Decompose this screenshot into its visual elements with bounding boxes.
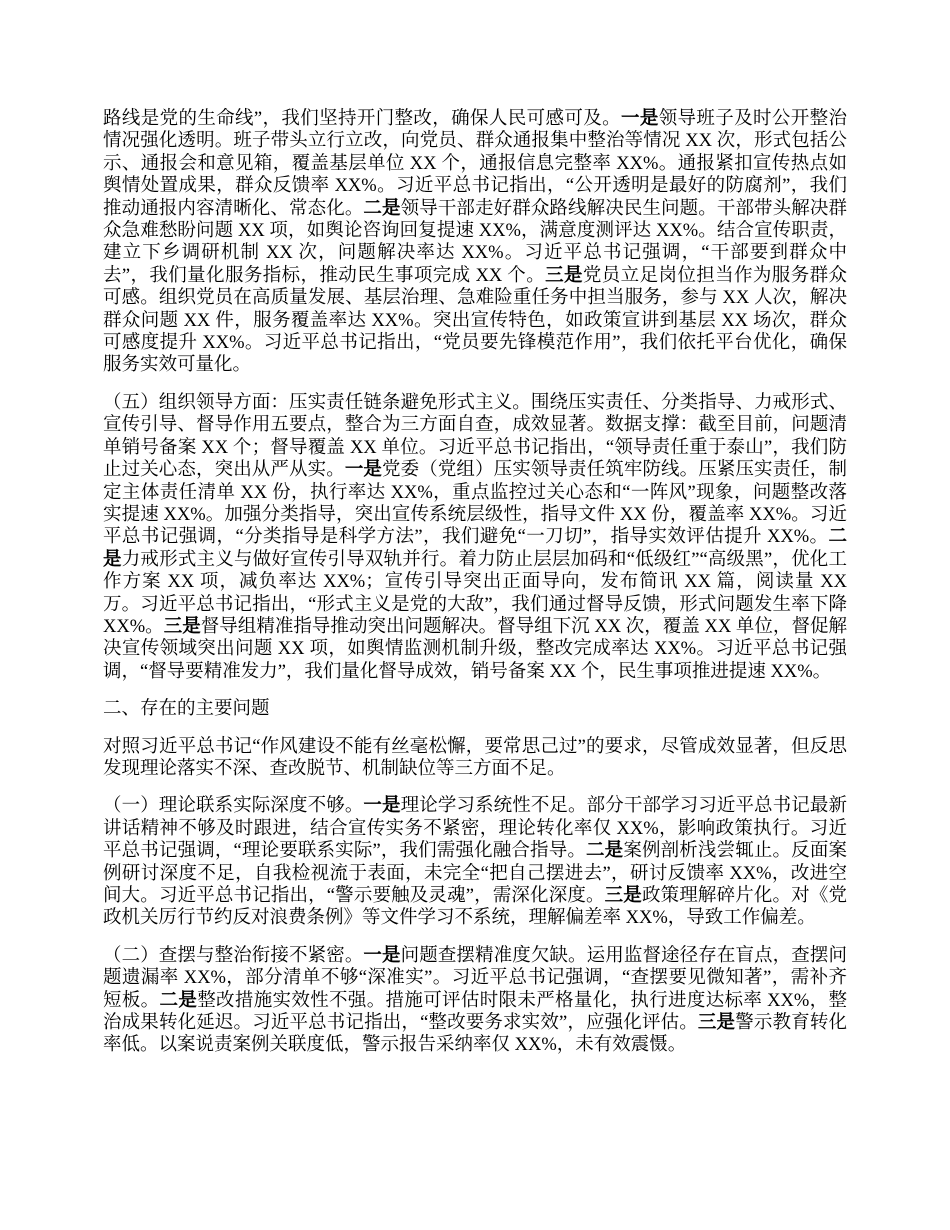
text-run: （二）查摆与整治衔接不紧密。 <box>103 946 363 966</box>
bold-run: 三是 <box>545 266 583 286</box>
text-run: （一）理论联系实际深度不够。 <box>103 796 363 816</box>
text-run: 二、存在的主要问题 <box>103 699 270 719</box>
bold-run: 一是 <box>345 460 382 480</box>
text-run: 督导组精准指导推动突出问题解决。督导组下沉 XX 次，覆盖 XX 单位，督促解决… <box>103 617 847 682</box>
text-run: 路线是党的生命线”，我们坚持开门整改，确保人民可感可及。 <box>103 109 621 129</box>
para-five-organizational-leadership: （五）组织领导方面：压实责任链条避免形式主义。围绕压实责任、分类指导、力戒形式、… <box>103 392 847 683</box>
para-open-door-rectification: 路线是党的生命线”，我们坚持开门整改，确保人民可感可及。一是领导班子及时公开整治… <box>103 108 847 377</box>
para-one-theory-practice-depth: （一）理论联系实际深度不够。一是理论学习系统性不足。部分干部学习习近平总书记最新… <box>103 795 847 929</box>
bold-run: 一是 <box>363 796 400 816</box>
bold-run: 二是 <box>363 199 400 219</box>
document-body: 路线是党的生命线”，我们坚持开门整改，确保人民可感可及。一是领导班子及时公开整治… <box>103 108 847 1057</box>
bold-run: 一是 <box>621 109 659 129</box>
document-page: 路线是党的生命线”，我们坚持开门整改，确保人民可感可及。一是领导班子及时公开整治… <box>0 0 950 1230</box>
bold-run: 三是 <box>164 617 201 637</box>
bold-run: 一是 <box>363 946 400 966</box>
bold-run: 二是 <box>160 991 198 1011</box>
text-run: 对照习近平总书记“作风建设不能有丝毫松懈，要常思己过”的要求，尽管成效显著，但反… <box>103 737 847 779</box>
heading-section-two-main-problems: 二、存在的主要问题 <box>103 698 847 720</box>
para-two-inspection-rectification-link: （二）查摆与整治衔接不紧密。一是问题查摆精准度欠缺。运用监督途径存在盲点，查摆问… <box>103 945 847 1057</box>
para-section-two-intro: 对照习近平总书记“作风建设不能有丝毫松懈，要常思己过”的要求，尽管成效显著，但反… <box>103 736 847 781</box>
bold-run: 三是 <box>698 1013 735 1033</box>
bold-run: 三是 <box>605 886 642 906</box>
bold-run: 二是 <box>586 841 623 861</box>
